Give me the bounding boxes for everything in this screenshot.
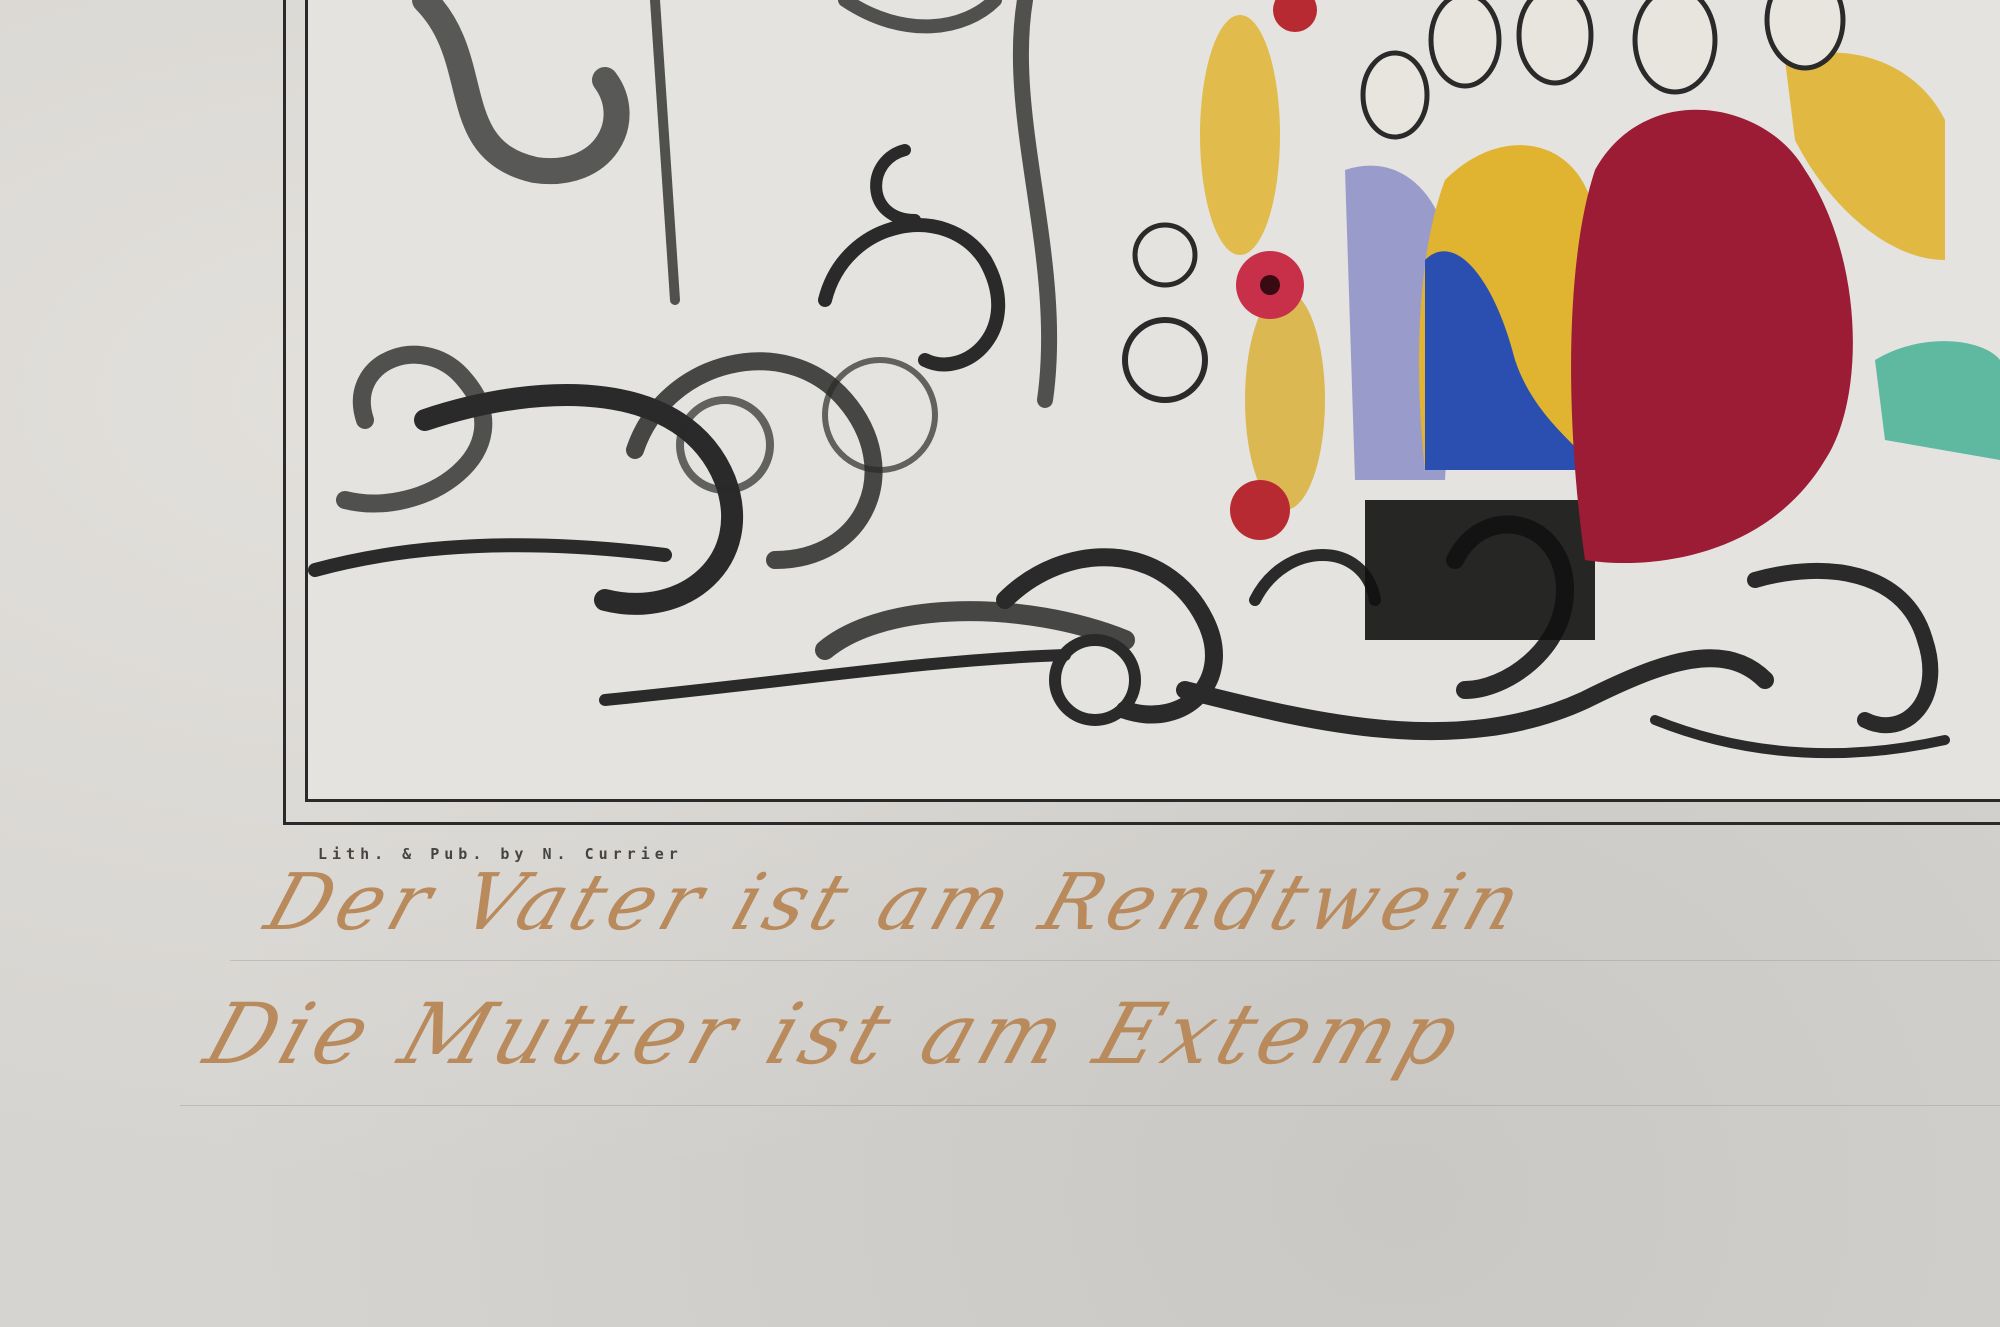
floral-garland [1125, 0, 1325, 540]
dark-base-block [1365, 500, 1595, 640]
inscription-ruled-line [230, 960, 2000, 961]
robed-figures [1345, 0, 2000, 563]
inscription-line-2: Die Mutter ist am Extemp [194, 985, 1477, 1083]
inscription-line-1: Der Vater ist am Rendtwein [255, 858, 1537, 948]
lithograph-artwork [305, 0, 2000, 800]
inscription-ruled-line [180, 1105, 2000, 1106]
